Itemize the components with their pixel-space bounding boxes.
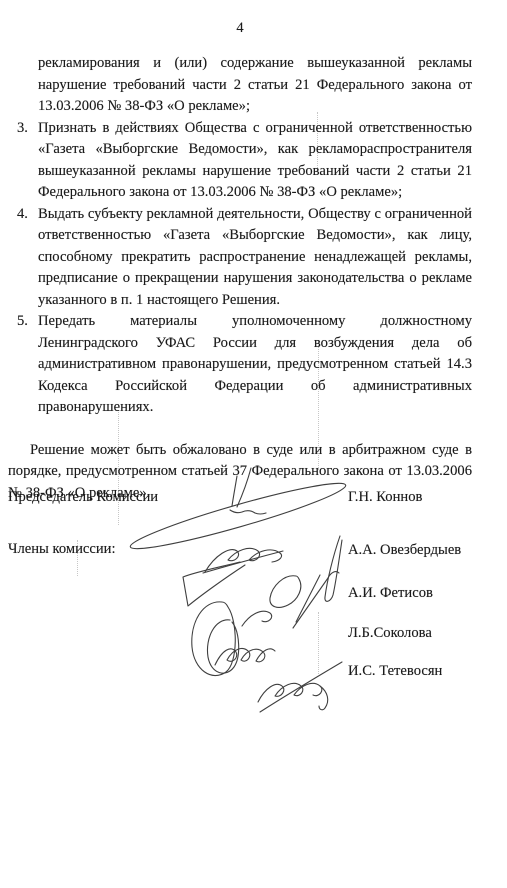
list-number: 4.: [17, 204, 28, 226]
signature-konnov: [127, 468, 348, 557]
list-item-5: 5. Передать материалы уполномоченному до…: [38, 311, 472, 419]
list-item-text: Признать в действиях Общества с ограниче…: [38, 120, 472, 201]
list-item-3: 3. Признать в действиях Общества с огран…: [38, 118, 472, 204]
document-body: рекламирования и (или) содержание вышеук…: [8, 53, 472, 504]
member-name-tetevosyan: И.С. Тетевосян: [348, 663, 442, 680]
signature-fetisov: [242, 572, 339, 628]
member-name-sokolova: Л.Б.Соколова: [348, 625, 432, 642]
page-number: 4: [0, 20, 480, 37]
list-number: 3.: [17, 118, 28, 140]
document-page: 4 рекламирования и (или) содержание выше…: [0, 0, 507, 888]
list-number: 5.: [17, 311, 28, 333]
list-item-text: Выдать субъекту рекламной деятельности, …: [38, 206, 472, 308]
member-name-fetisov: А.И. Фетисов: [348, 585, 433, 602]
signatures-image: [100, 450, 350, 715]
member-name-ovezberdyev: А.А. Овезбердыев: [348, 542, 461, 559]
signature-ovezberdyev: [183, 536, 342, 606]
chairman-name: Г.Н. Коннов: [348, 489, 422, 506]
scan-artifact: [317, 112, 318, 170]
paragraph-continuation: рекламирования и (или) содержание вышеук…: [38, 53, 472, 118]
signature-tetevosyan: [258, 662, 342, 712]
list-item-4: 4. Выдать субъекту рекламной деятельност…: [38, 204, 472, 312]
signature-sokolova: [192, 602, 275, 676]
list-item-text: Передать материалы уполномоченному должн…: [38, 313, 472, 415]
